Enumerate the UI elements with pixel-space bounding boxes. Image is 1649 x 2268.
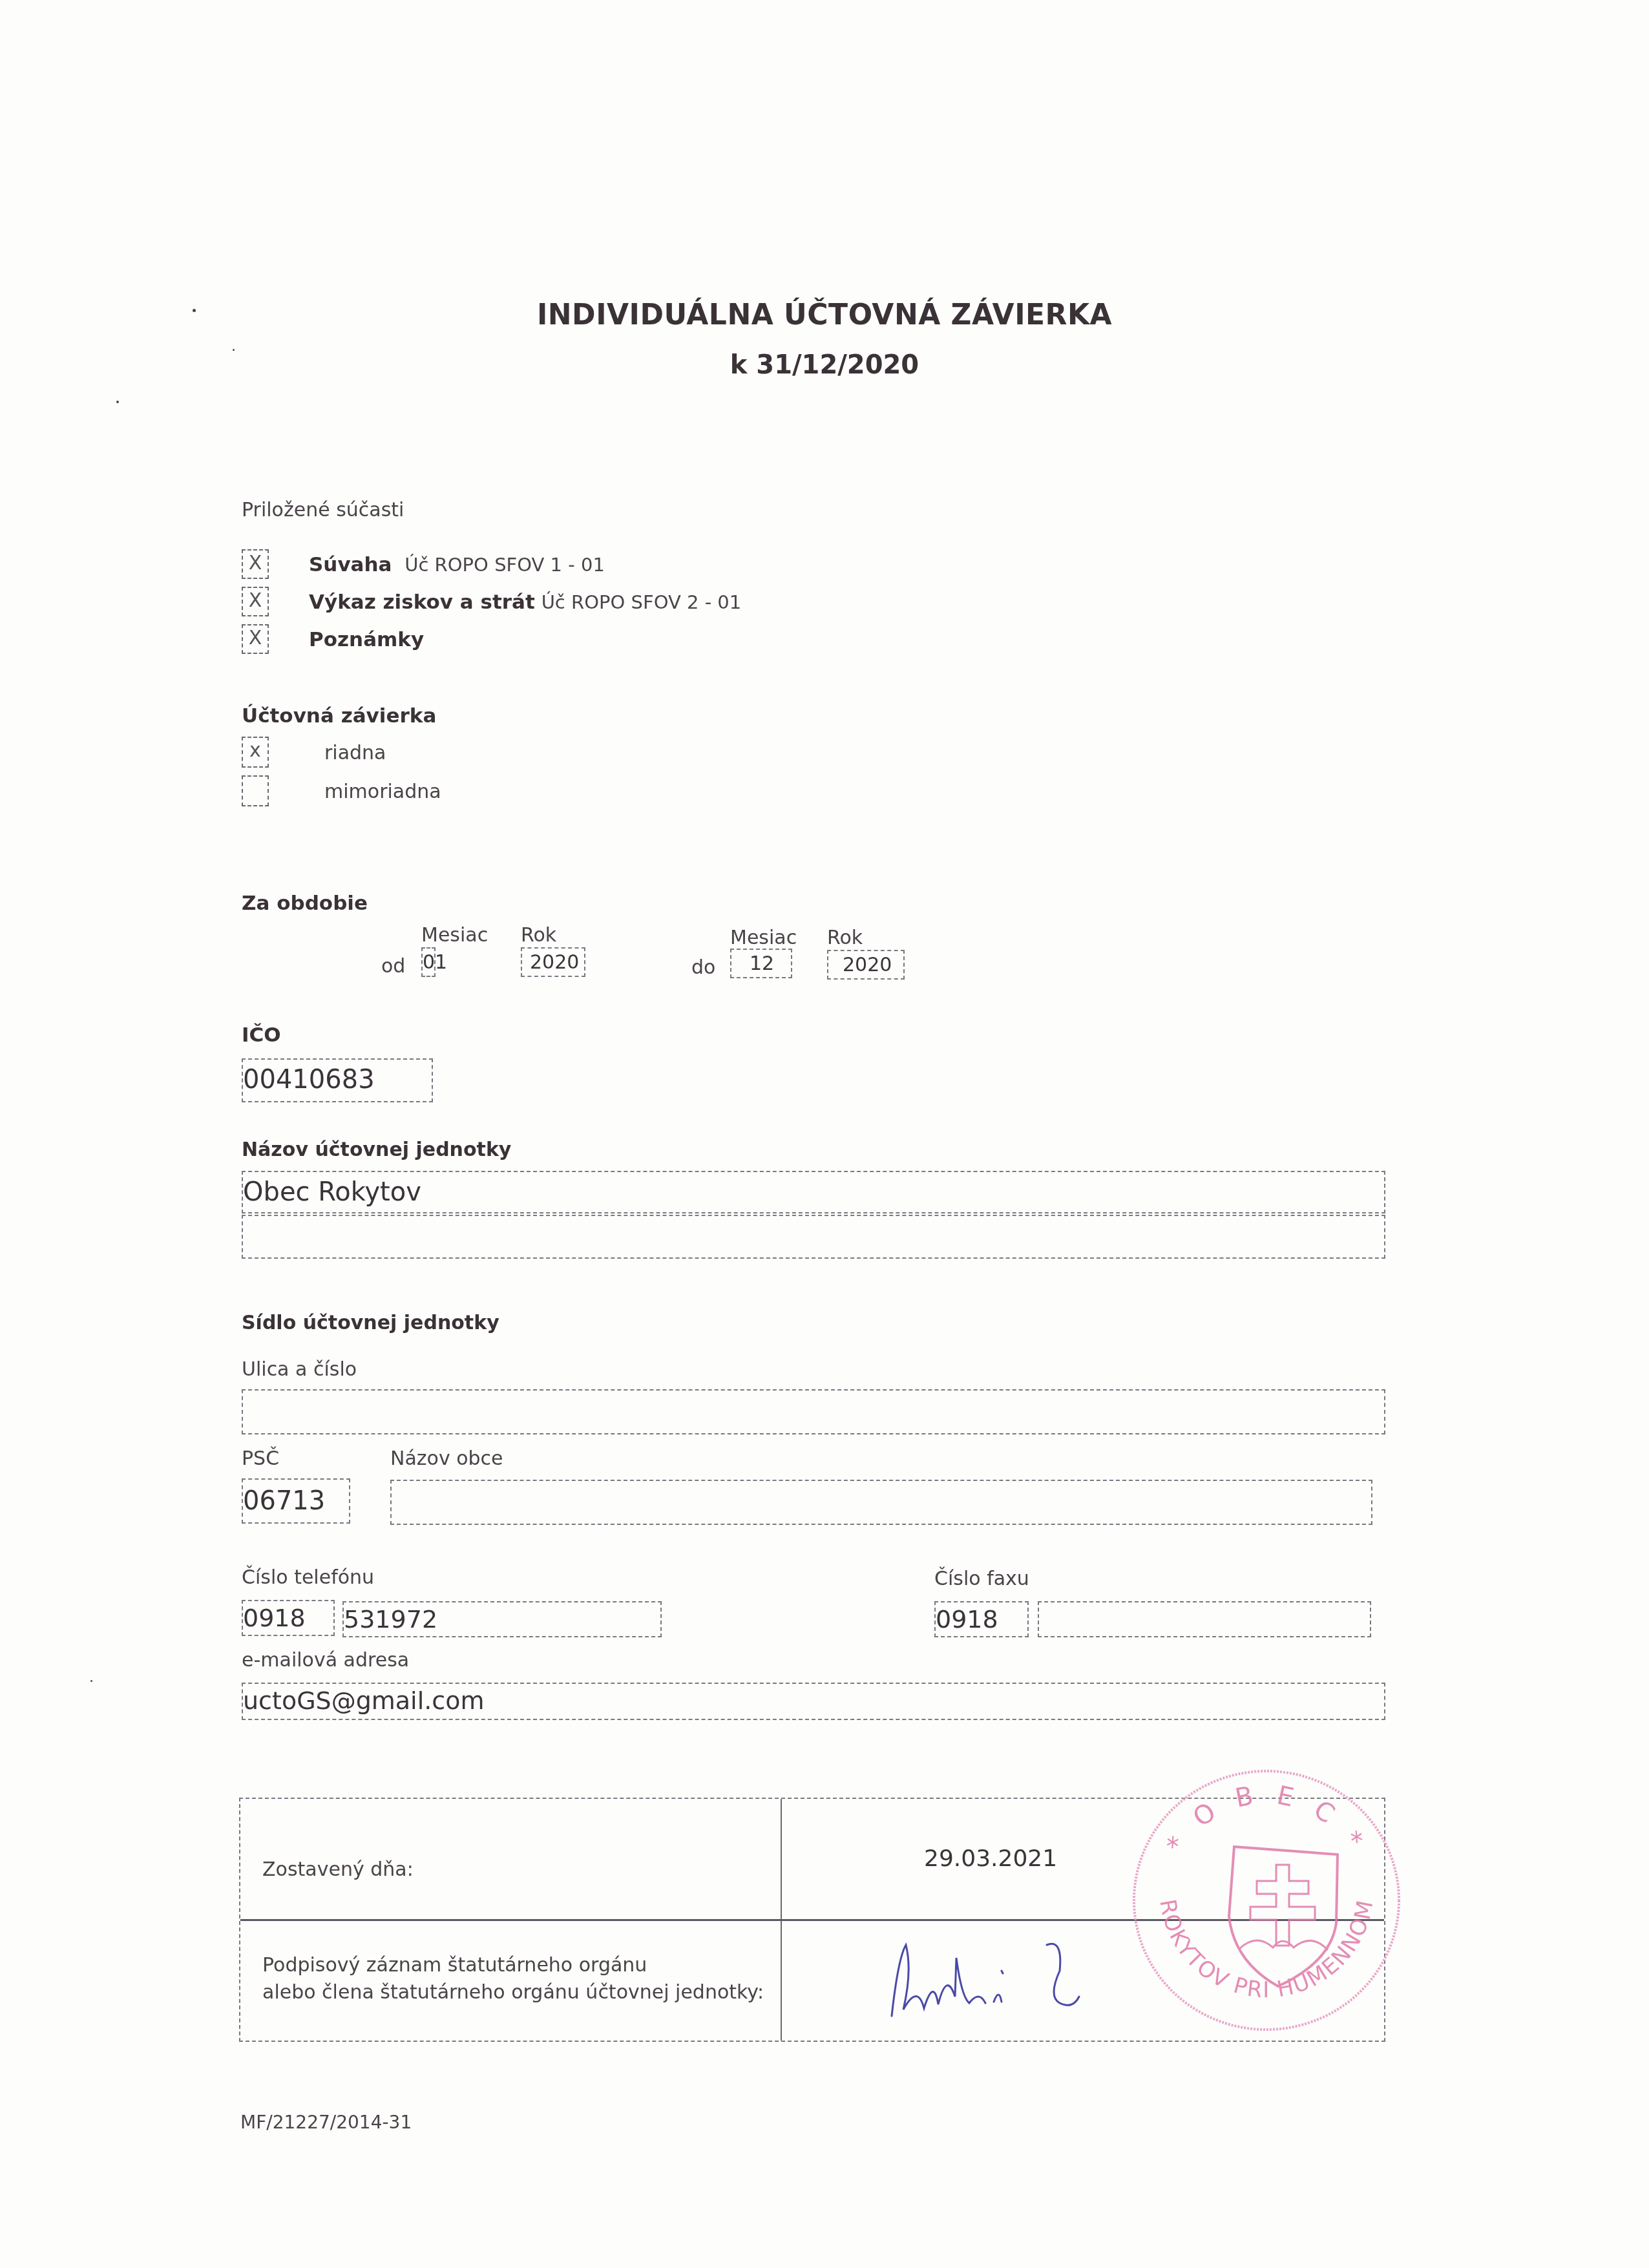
- email-label: e-mailová adresa: [242, 1649, 409, 1672]
- to-year-value: 2020: [843, 954, 892, 976]
- to-month-value: 12: [750, 952, 774, 975]
- from-year-field[interactable]: 2020: [521, 947, 585, 977]
- attachment-name: Súvaha: [309, 553, 392, 576]
- checkbox-poznamky[interactable]: X: [242, 624, 269, 654]
- stamp-bottom-text: ROKYTOV PRI HUMENNOM: [1154, 1897, 1378, 2003]
- phone-number-value: 531972: [344, 1605, 437, 1633]
- from-month-label: Mesiac: [421, 924, 488, 947]
- fax-label: Číslo faxu: [934, 1568, 1029, 1590]
- svg-text:ROKYTOV PRI HUMENNOM: ROKYTOV PRI HUMENNOM: [1154, 1897, 1378, 2003]
- attachment-item-suvaha: Súvaha Úč ROPO SFOV 1 - 01: [309, 553, 605, 576]
- phone-prefix-value: 0918: [243, 1604, 306, 1632]
- street-field[interactable]: [242, 1389, 1385, 1434]
- attachment-name: Výkaz ziskov a strát: [309, 591, 535, 614]
- psc-value: 06713: [243, 1486, 325, 1516]
- to-year-label: Rok: [827, 927, 863, 949]
- closing-type-heading: Účtovná závierka: [242, 704, 436, 728]
- form-code: MF/21227/2014-31: [240, 2112, 412, 2133]
- checkbox-mimoriadna[interactable]: [242, 775, 269, 806]
- checkbox-vykaz[interactable]: X: [242, 587, 269, 616]
- from-month-field[interactable]: 01: [421, 947, 436, 977]
- fax-number-field[interactable]: [1038, 1601, 1371, 1637]
- psc-label: PSČ: [242, 1447, 279, 1470]
- city-field[interactable]: [390, 1480, 1372, 1525]
- entity-name-field-line2[interactable]: [242, 1215, 1385, 1259]
- scan-speck: [90, 1680, 92, 1682]
- attachment-code: Úč ROPO SFOV 1 - 01: [404, 554, 605, 576]
- handwritten-signature-icon: [879, 1932, 1124, 2035]
- attachment-code: Úč ROPO SFOV 2 - 01: [541, 591, 742, 613]
- option-label-riadna: riadna: [324, 742, 386, 764]
- attachments-heading: Priložené súčasti: [242, 499, 404, 521]
- city-label: Názov obce: [390, 1447, 503, 1470]
- entity-name-value: Obec Rokytov: [243, 1177, 421, 1207]
- to-month-label: Mesiac: [730, 927, 797, 949]
- entity-name-label: Názov účtovnej jednotky: [242, 1139, 511, 1161]
- psc-field[interactable]: 06713: [242, 1478, 350, 1524]
- signature-label-line1: Podpisový záznam štatutárneho orgánu: [262, 1954, 647, 1977]
- address-heading: Sídlo účtovnej jednotky: [242, 1312, 499, 1334]
- ico-label: IČO: [242, 1024, 281, 1047]
- email-field[interactable]: uctoGS@gmail.com: [242, 1683, 1385, 1720]
- fax-prefix-field[interactable]: 0918: [934, 1601, 1029, 1637]
- attachment-item-vykaz: Výkaz ziskov a strát Úč ROPO SFOV 2 - 01: [309, 591, 741, 614]
- svg-text:* O B E C *: * O B E C *: [1161, 1780, 1372, 1859]
- to-year-field[interactable]: 2020: [827, 950, 905, 980]
- checkbox-suvaha[interactable]: X: [242, 549, 269, 579]
- from-month-value: 01: [423, 951, 447, 974]
- checkbox-riadna[interactable]: x: [242, 737, 269, 768]
- scan-speck: [116, 401, 119, 403]
- period-heading: Za obdobie: [242, 892, 368, 915]
- to-month-field[interactable]: 12: [730, 949, 792, 978]
- phone-label: Číslo telefónu: [242, 1566, 374, 1589]
- phone-number-field[interactable]: 531972: [342, 1601, 662, 1637]
- from-year-label: Rok: [521, 924, 556, 947]
- option-label-mimoriadna: mimoriadna: [324, 781, 441, 803]
- attachment-name: Poznámky: [309, 628, 424, 651]
- ico-field[interactable]: 00410683: [242, 1058, 433, 1102]
- entity-name-field-line1[interactable]: Obec Rokytov: [242, 1171, 1385, 1213]
- street-label: Ulica a číslo: [242, 1358, 357, 1381]
- document-title: INDIVIDUÁLNA ÚČTOVNÁ ZÁVIERKA: [0, 299, 1649, 331]
- from-year-value: 2020: [530, 951, 579, 974]
- official-stamp-icon: * O B E C * ROKYTOV PRI HUMENNOM: [1124, 1761, 1409, 2039]
- compiled-date-value: 29.03.2021: [924, 1845, 1057, 1872]
- compiled-date-label: Zostavený dňa:: [262, 1858, 414, 1881]
- phone-prefix-field[interactable]: 0918: [242, 1600, 335, 1636]
- ico-value: 00410683: [243, 1065, 375, 1095]
- fax-prefix-value: 0918: [936, 1605, 998, 1633]
- attachment-item-poznamky: Poznámky: [309, 628, 424, 651]
- document-date: k 31/12/2020: [0, 350, 1649, 380]
- email-value: uctoGS@gmail.com: [243, 1686, 484, 1715]
- to-label: do: [691, 956, 715, 979]
- from-label: od: [381, 955, 405, 978]
- stamp-top-text: * O B E C *: [1161, 1780, 1372, 1859]
- signature-label-line2: alebo člena štatutárneho orgánu účtovnej…: [262, 1981, 764, 2004]
